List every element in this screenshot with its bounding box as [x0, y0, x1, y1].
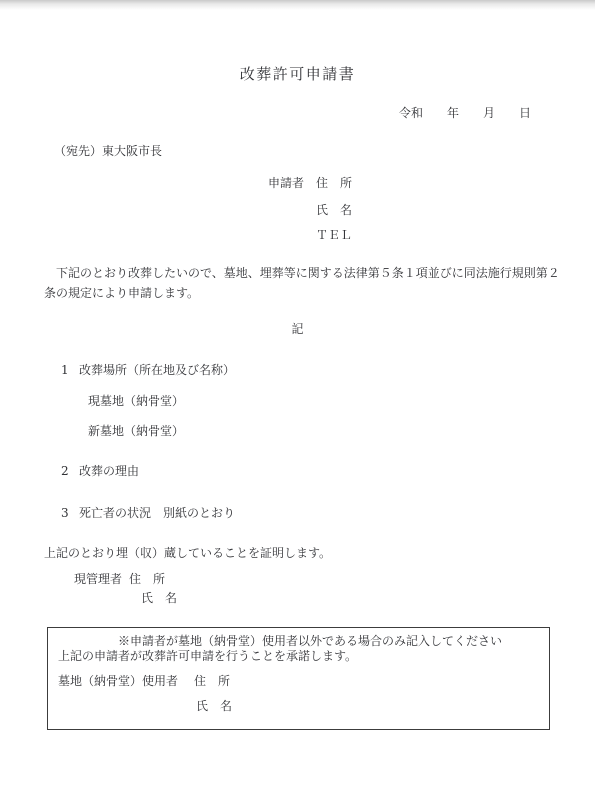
- grave-user-address-label: 住 所: [194, 674, 230, 688]
- applicant-label: 申請者: [268, 176, 304, 190]
- item-1-number: 1: [61, 363, 69, 377]
- date-line: 令和 年 月 日: [399, 106, 531, 120]
- applicant-name-label: 氏 名: [316, 203, 352, 217]
- page-top-shadow: [0, 0, 595, 10]
- certification-line: 上記のとおり埋（収）蔵していることを証明します。: [44, 546, 331, 560]
- item-2-label: 改葬の理由: [79, 464, 139, 478]
- manager-label: 現管理者: [74, 572, 122, 586]
- grave-user-label: 墓地（納骨堂）使用者: [58, 674, 178, 688]
- applicant-address-label: 住 所: [316, 176, 352, 190]
- manager-name-label: 氏 名: [141, 591, 177, 605]
- item-2-number: 2: [61, 464, 69, 478]
- record-heading: 記: [0, 322, 595, 336]
- consent-box: ※申請者が墓地（納骨堂）使用者以外である場合のみ記入してください 上記の申請者が…: [47, 627, 550, 730]
- item-1-new-grave-label: 新墓地（納骨堂）: [88, 424, 184, 438]
- item-1-label: 改葬場所（所在地及び名称）: [79, 363, 235, 377]
- addressee-line: （宛先）東大阪市長: [54, 144, 162, 158]
- applicant-tel-label: ＴＥＬ: [316, 228, 352, 242]
- document-title: 改葬許可申請書: [0, 67, 595, 81]
- body-paragraph-line-2: 条の規定により申請します。: [44, 286, 199, 300]
- consent-box-legend-text: ※申請者が墓地（納骨堂）使用者以外である場合のみ記入してください: [108, 634, 512, 648]
- grave-user-name-label: 氏 名: [196, 699, 232, 713]
- item-3-label: 死亡者の状況 別紙のとおり: [79, 506, 235, 520]
- document-page: 改葬許可申請書 令和 年 月 日 （宛先）東大阪市長 申請者 住 所 氏 名 Ｔ…: [0, 0, 595, 795]
- item-3-number: 3: [61, 506, 69, 520]
- manager-address-label: 住 所: [129, 572, 165, 586]
- consent-statement: 上記の申請者が改葬許可申請を行うことを承諾します。: [58, 649, 357, 663]
- body-paragraph-line-1: 下記のとおり改葬したいので、墓地、埋葬等に関する法律第５条１項並びに同法施行規則…: [44, 266, 560, 280]
- item-1-current-grave-label: 現墓地（納骨堂）: [88, 394, 184, 408]
